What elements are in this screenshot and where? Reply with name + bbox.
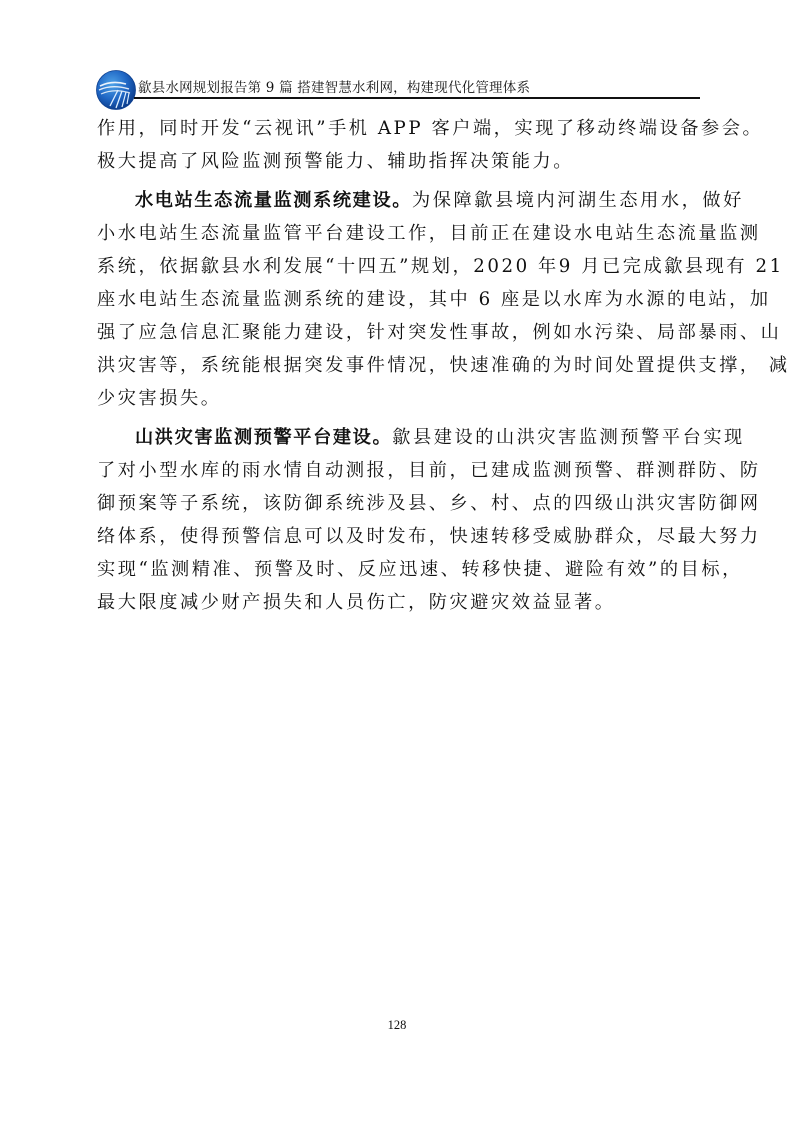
page-header: 歙县水网规划报告第 9 篇 搭建智慧水利网，构建现代化管理体系 [96,68,702,112]
text-line: 极大提高了风险监测预警能力、辅助指挥决策能力。 [97,145,701,178]
document-body: 作用，同时开发“云视讯”手机 APP 客户端，实现了移动终端设备参会。 极大提高… [97,112,701,619]
text-span: 为保障歙县境内河湖生态用水，做好 [412,190,744,211]
text-line: 系统，依据歙县水利发展“十四五”规划，2020 年9 月已完成歙县现有 21 [97,250,701,283]
paragraph-continuation: 作用，同时开发“云视讯”手机 APP 客户端，实现了移动终端设备参会。 极大提高… [97,112,701,178]
section-heading: 水电站生态流量监测系统建设。 [135,190,412,211]
water-network-logo-icon [96,70,136,110]
text-line: 水电站生态流量监测系统建设。为保障歙县境内河湖生态用水，做好 [97,184,701,217]
text-line: 小水电站生态流量监管平台建设工作，目前正在建设水电站生态流量监测 [97,217,701,250]
text-line: 山洪灾害监测预警平台建设。歙县建设的山洪灾害监测预警平台实现 [97,421,701,454]
paragraph-hydropower-monitoring: 水电站生态流量监测系统建设。为保障歙县境内河湖生态用水，做好 小水电站生态流量监… [97,184,701,415]
page-number: 128 [0,1018,794,1033]
header-divider [134,97,700,99]
text-line: 作用，同时开发“云视讯”手机 APP 客户端，实现了移动终端设备参会。 [97,112,701,145]
text-line: 洪灾害等，系统能根据突发事件情况，快速准确的为时间处置提供支撑， 减 [97,349,701,382]
text-line: 了对小型水库的雨水情自动测报，目前，已建成监测预警、群测群防、防 [97,454,701,487]
text-line: 最大限度减少财产损失和人员伤亡，防灾避灾效益显著。 [97,586,701,619]
text-line: 络体系，使得预警信息可以及时发布，快速转移受威胁群众，尽最大努力 [97,520,701,553]
paragraph-flood-warning-platform: 山洪灾害监测预警平台建设。歙县建设的山洪灾害监测预警平台实现 了对小型水库的雨水… [97,421,701,619]
text-line: 强了应急信息汇聚能力建设，针对突发性事故，例如水污染、局部暴雨、山 [97,316,701,349]
header-title: 歙县水网规划报告第 9 篇 搭建智慧水利网，构建现代化管理体系 [138,80,530,96]
section-heading: 山洪灾害监测预警平台建设。 [135,427,392,448]
text-line: 实现“监测精准、预警及时、反应迅速、转移快捷、避险有效”的目标， [97,553,701,586]
text-line: 座水电站生态流量监测系统的建设，其中 6 座是以水库为水源的电站，加 [97,283,701,316]
text-line: 少灾害损失。 [97,382,701,415]
text-span: 歙县建设的山洪灾害监测预警平台实现 [392,427,745,448]
text-line: 御预案等子系统，该防御系统涉及县、乡、村、点的四级山洪灾害防御网 [97,487,701,520]
